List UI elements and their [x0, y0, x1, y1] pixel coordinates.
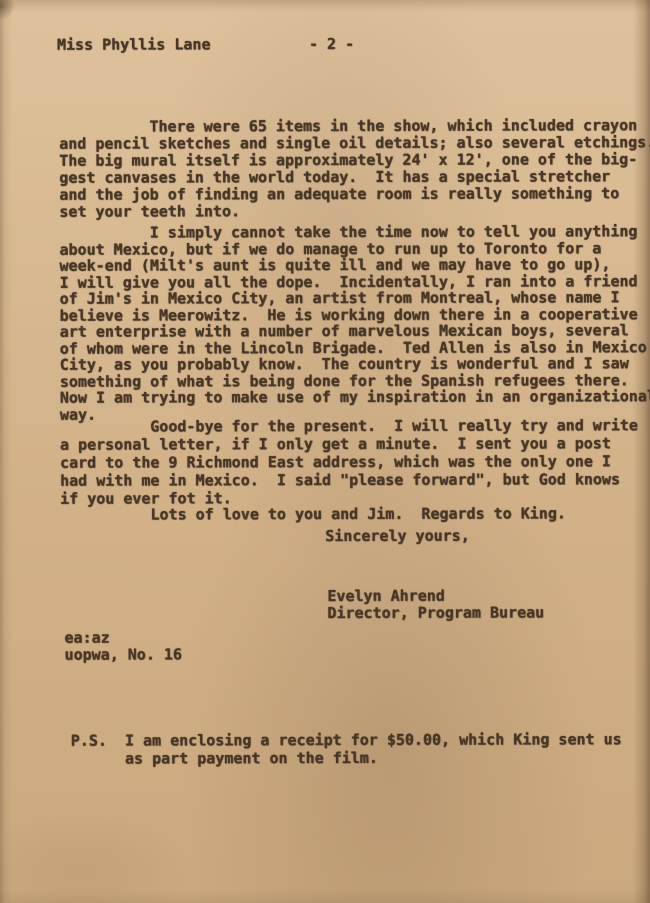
recipient-line: Miss Phyllis Lane — [57, 36, 211, 53]
postscript: P.S. I am enclosing a receipt for $50.00… — [71, 731, 622, 767]
paragraph-goodbye: Good-bye for the present. I will really … — [60, 416, 638, 508]
farewell-line: Lots of love to you and Jim. Regards to … — [60, 505, 566, 523]
letter-photo: Miss Phyllis Lane - 2 - There were 65 it… — [0, 0, 650, 903]
reference-initials-block: ea:az uopwa, No. 16 — [64, 629, 181, 663]
closing-salutation: Sincerely yours, — [325, 528, 470, 545]
page-number: - 2 - — [309, 36, 354, 53]
paragraph-exhibition: There were 65 items in the show, which i… — [59, 117, 650, 221]
paper-page: Miss Phyllis Lane - 2 - There were 65 it… — [0, 0, 650, 903]
paragraph-mexico: I simply cannot take the time now to tel… — [59, 223, 650, 423]
signature-block: Evelyn Ahrend Director, Program Bureau — [327, 587, 544, 621]
